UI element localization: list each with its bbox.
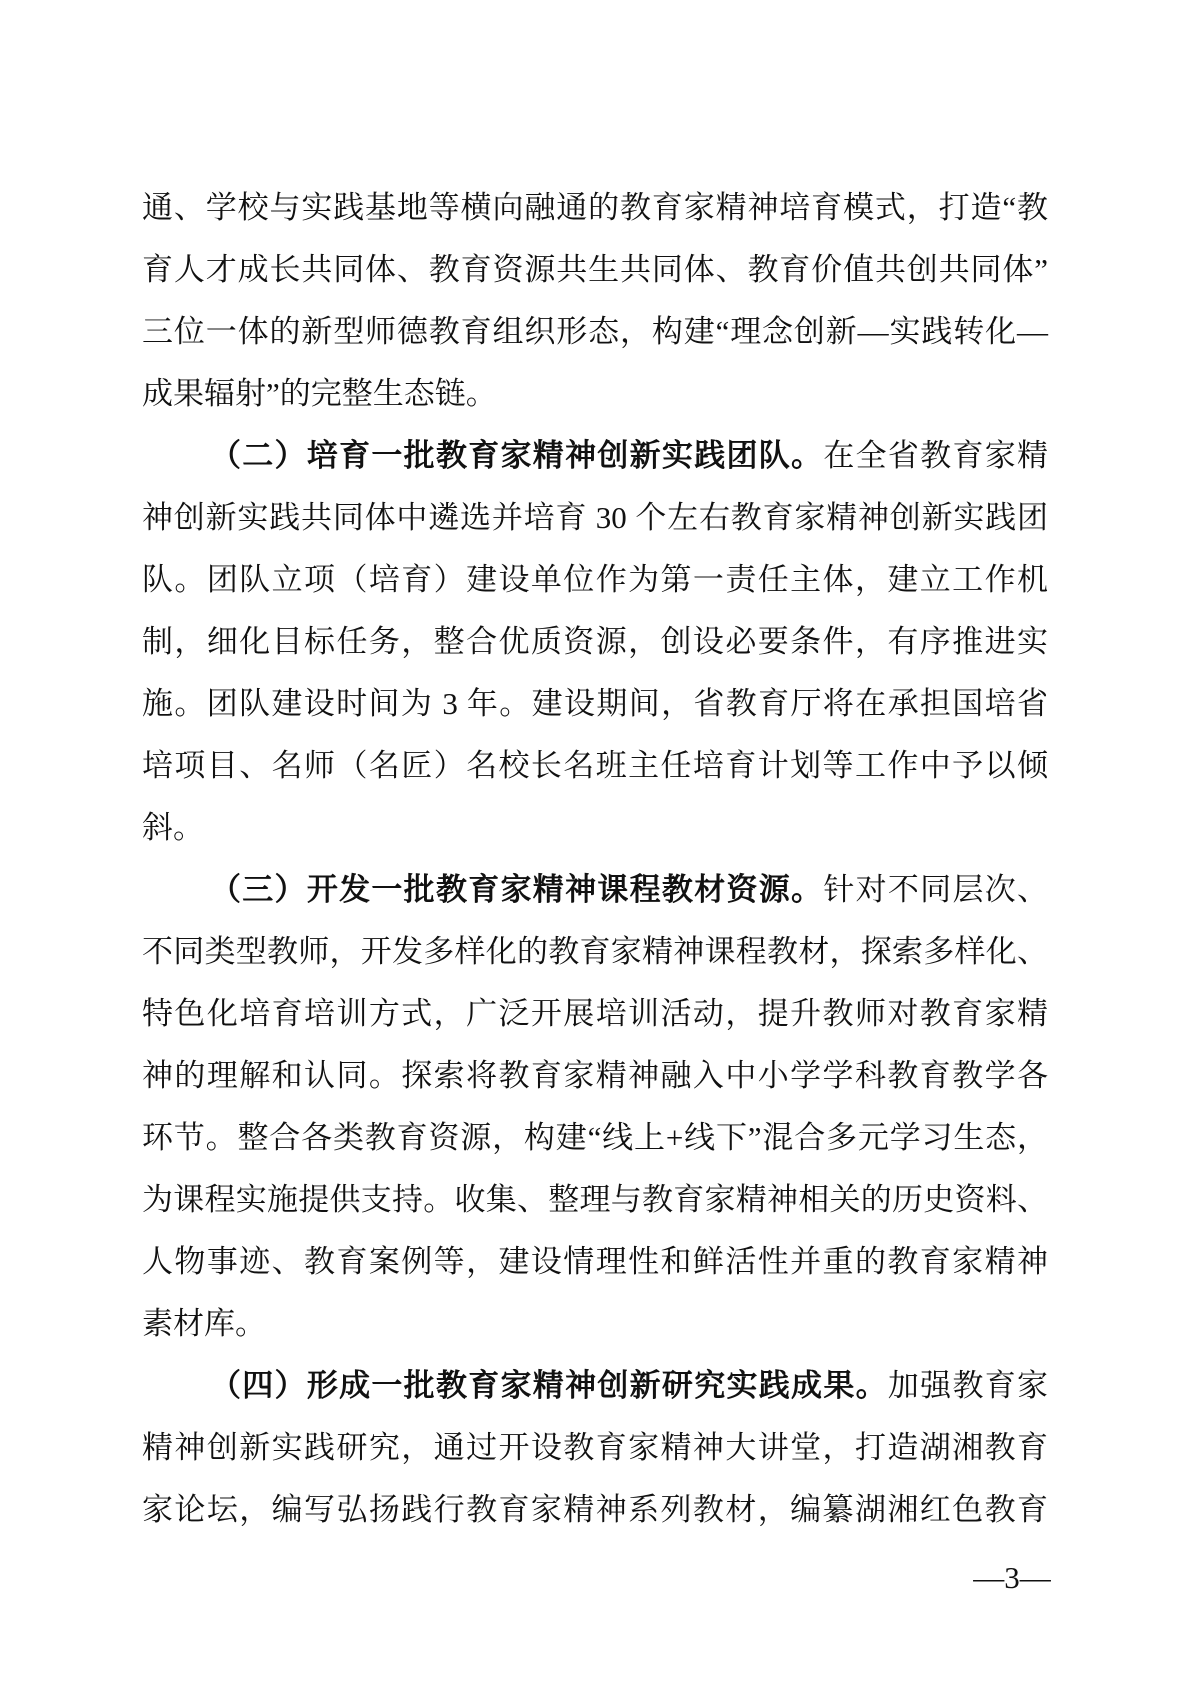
- body-text: 环节。整合各类教育资源，构建“线上+线下”混合多元学习生态，: [142, 1120, 1048, 1155]
- body-text: 素材库。: [142, 1306, 266, 1341]
- body-text: 成果辐射”的完整生态链。: [142, 376, 497, 411]
- body-text: 为课程实施提供支持。收集、整理与教育家精神相关的历史资料、: [142, 1182, 1048, 1217]
- text-line: 三位一体的新型师德教育组织形态，构建“理念创新—实践转化—: [142, 301, 1048, 363]
- text-line: 特色化培育培训方式，广泛开展培训活动，提升教师对教育家精: [142, 983, 1048, 1045]
- text-line: 通、学校与实践基地等横向融通的教育家精神培育模式，打造“教: [142, 177, 1048, 239]
- page-number: —3—: [972, 1554, 1052, 1602]
- body-text: 施。团队建设时间为 3 年。建设期间，省教育厅将在承担国培省: [142, 686, 1048, 721]
- section-heading-text: （三）开发一批教育家精神课程教材资源。: [210, 872, 823, 907]
- text-line: 不同类型教师，开发多样化的教育家精神课程教材，探索多样化、: [142, 921, 1048, 983]
- body-text: 育人才成长共同体、教育资源共生共同体、教育价值共创共同体”: [142, 252, 1048, 287]
- body-text: 家论坛，编写弘扬践行教育家精神系列教材，编纂湖湘红色教育: [142, 1492, 1048, 1527]
- body-text: 神创新实践共同体中遴选并培育 30 个左右教育家精神创新实践团: [142, 500, 1048, 535]
- text-line: 家论坛，编写弘扬践行教育家精神系列教材，编纂湖湘红色教育: [142, 1479, 1048, 1541]
- body-text: 特色化培育培训方式，广泛开展培训活动，提升教师对教育家精: [142, 996, 1048, 1031]
- text-line: 施。团队建设时间为 3 年。建设期间，省教育厅将在承担国培省: [142, 673, 1048, 735]
- text-line: （二）培育一批教育家精神创新实践团队。在全省教育家精: [142, 425, 1048, 487]
- text-line: 制，细化目标任务，整合优质资源，创设必要条件，有序推进实: [142, 611, 1048, 673]
- text-line: （四）形成一批教育家精神创新研究实践成果。加强教育家: [142, 1355, 1048, 1417]
- body-text: 培项目、名师（名匠）名校长名班主任培育计划等工作中予以倾: [142, 748, 1048, 783]
- text-line: 神的理解和认同。探索将教育家精神融入中小学学科教育教学各: [142, 1045, 1048, 1107]
- text-line: 成果辐射”的完整生态链。: [142, 363, 1048, 425]
- text-line: 环节。整合各类教育资源，构建“线上+线下”混合多元学习生态，: [142, 1107, 1048, 1169]
- text-line: 斜。: [142, 797, 1048, 859]
- text-line: 为课程实施提供支持。收集、整理与教育家精神相关的历史资料、: [142, 1169, 1048, 1231]
- body-text: 人物事迹、教育案例等，建设情理性和鲜活性并重的教育家精神: [142, 1244, 1048, 1279]
- section-heading-text: （二）培育一批教育家精神创新实践团队。: [210, 438, 823, 473]
- text-line: （三）开发一批教育家精神课程教材资源。针对不同层次、: [142, 859, 1048, 921]
- body-text: 针对不同层次、: [823, 872, 1048, 907]
- text-line: 育人才成长共同体、教育资源共生共同体、教育价值共创共同体”: [142, 239, 1048, 301]
- body-text: 加强教育家: [888, 1368, 1048, 1403]
- text-line: 队。团队立项（培育）建设单位作为第一责任主体，建立工作机: [142, 549, 1048, 611]
- text-line: 精神创新实践研究，通过开设教育家精神大讲堂，打造湖湘教育: [142, 1417, 1048, 1479]
- body-text: 斜。: [142, 810, 204, 845]
- body-text: 三位一体的新型师德教育组织形态，构建“理念创新—实践转化—: [142, 314, 1048, 349]
- text-line: 人物事迹、教育案例等，建设情理性和鲜活性并重的教育家精神: [142, 1231, 1048, 1293]
- text-line: 素材库。: [142, 1293, 1048, 1355]
- document-page: 通、学校与实践基地等横向融通的教育家精神培育模式，打造“教育人才成长共同体、教育…: [0, 0, 1191, 1684]
- text-line: 培项目、名师（名匠）名校长名班主任培育计划等工作中予以倾: [142, 735, 1048, 797]
- body-text: 通、学校与实践基地等横向融通的教育家精神培育模式，打造“教: [142, 190, 1048, 225]
- body-text: 精神创新实践研究，通过开设教育家精神大讲堂，打造湖湘教育: [142, 1430, 1048, 1465]
- text-line: 神创新实践共同体中遴选并培育 30 个左右教育家精神创新实践团: [142, 487, 1048, 549]
- body-text: 神的理解和认同。探索将教育家精神融入中小学学科教育教学各: [142, 1058, 1048, 1093]
- body-text: 队。团队立项（培育）建设单位作为第一责任主体，建立工作机: [142, 562, 1048, 597]
- body-text: 在全省教育家精: [823, 438, 1048, 473]
- body-text: 制，细化目标任务，整合优质资源，创设必要条件，有序推进实: [142, 624, 1048, 659]
- body-text: 不同类型教师，开发多样化的教育家精神课程教材，探索多样化、: [142, 934, 1048, 969]
- document-body: 通、学校与实践基地等横向融通的教育家精神培育模式，打造“教育人才成长共同体、教育…: [142, 177, 1048, 1541]
- section-heading-text: （四）形成一批教育家精神创新研究实践成果。: [210, 1368, 888, 1403]
